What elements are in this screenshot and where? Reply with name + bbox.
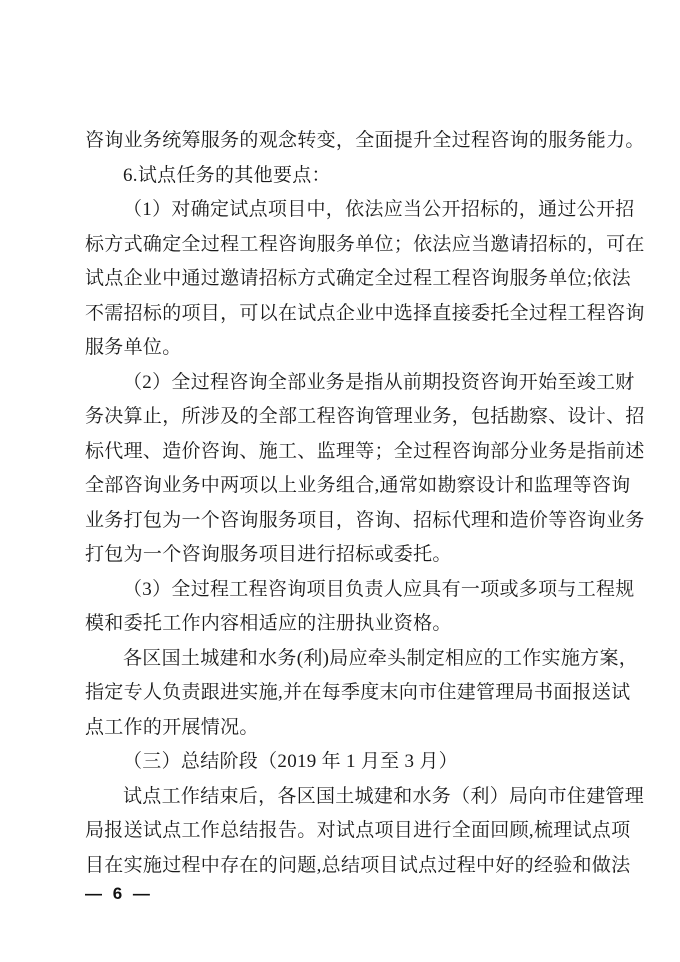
text-line: 点工作的开展情况。 [85,711,603,746]
text-line: 目在实施过程中存在的问题,总结项目试点过程中好的经验和做法 [85,849,603,884]
text-line: 各区国土城建和水务(利)局应牵头制定相应的工作实施方案， [85,642,603,677]
text-line: （三）总结阶段（2019 年 1 月至 3 月） [85,745,603,780]
text-line: 试点工作结束后，各区国土城建和水务（利）局向市住建管理 [85,780,603,815]
text-line: 模和委托工作内容相适应的注册执业资格。 [85,607,603,642]
text-line: （3）全过程工程咨询项目负责人应具有一项或多项与工程规 [85,573,603,608]
document-body: 咨询业务统筹服务的观念转变，全面提升全过程咨询的服务能力。6.试点任务的其他要点… [85,124,603,883]
text-line: 标代理、造价咨询、施工、监理等；全过程咨询部分业务是指前述 [85,435,603,470]
text-line: （1）对确定试点项目中，依法应当公开招标的，通过公开招 [85,193,603,228]
text-line: 试点企业中通过邀请招标方式确定全过程工程咨询服务单位;依法 [85,262,603,297]
text-line: 指定专人负责跟进实施,并在每季度末向市住建管理局书面报送试 [85,676,603,711]
text-line: 不需招标的项目，可以在试点企业中选择直接委托全过程工程咨询 [85,297,603,332]
text-line: 打包为一个咨询服务项目进行招标或委托。 [85,538,603,573]
text-line: 服务单位。 [85,331,603,366]
text-line: 6.试点任务的其他要点： [85,159,603,194]
text-line: 咨询业务统筹服务的观念转变，全面提升全过程咨询的服务能力。 [85,124,603,159]
text-line: 局报送试点工作总结报告。对试点项目进行全面回顾,梳理试点项 [85,814,603,849]
text-line: （2）全过程咨询全部业务是指从前期投资咨询开始至竣工财 [85,366,603,401]
text-line: 业务打包为一个咨询服务项目，咨询、招标代理和造价等咨询业务 [85,504,603,539]
text-line: 标方式确定全过程工程咨询服务单位；依法应当邀请招标的，可在 [85,228,603,263]
text-line: 全部咨询业务中两项以上业务组合,通常如勘察设计和监理等咨询 [85,469,603,504]
page-number: — 6 — [85,884,153,904]
document-page: 咨询业务统筹服务的观念转变，全面提升全过程咨询的服务能力。6.试点任务的其他要点… [0,0,680,962]
text-line: 务决算止，所涉及的全部工程咨询管理业务，包括勘察、设计、招 [85,400,603,435]
